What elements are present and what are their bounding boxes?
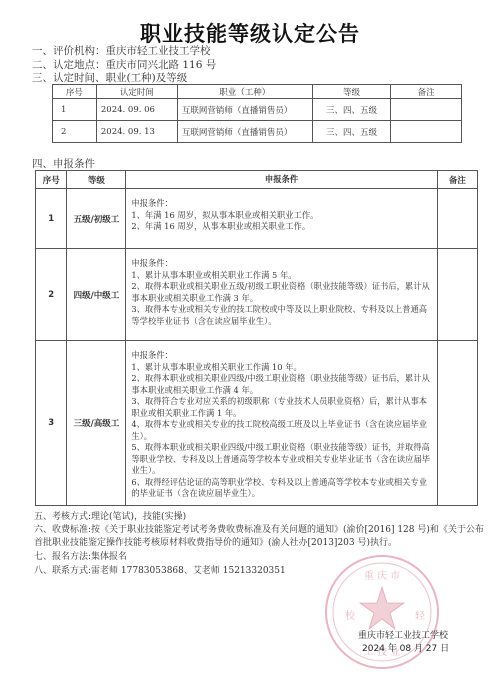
header-level: 等级 (312, 85, 391, 99)
cell-no: 1 (53, 99, 97, 121)
condition-line: 4、取得本专业或相关专业的技工院校高级工班及以上毕业证书（含在读应届毕业生）。 (131, 419, 432, 442)
cell-level: 四级/中级工 (67, 249, 126, 341)
conditions-table: 序号 等级 申报条件 备注 1 五级/初级工 申报条件： 1、年满 16 周岁，… (35, 170, 478, 506)
cell-note (391, 121, 462, 143)
cell-note (437, 189, 477, 249)
condition-line: 申报条件： (131, 258, 432, 270)
svg-text:校: 校 (345, 609, 356, 622)
cell-occupation: 互联网营销师（直播销售员） (177, 99, 312, 121)
cell-date: 2024. 09. 06 (96, 99, 177, 121)
fee-standard-line1: 六、收费标准:按《关于职业技能鉴定考试考务费收费标准及有关问题的通知》(渝价[2… (34, 522, 484, 535)
schedule-heading: 三、认定时间、职业(工种)及等级 (32, 70, 187, 85)
conditions-heading: 四、申报条件 (32, 156, 95, 171)
assessment-method: 五、考核方式:理论(笔试)，技能(实操) (34, 509, 186, 522)
cell-date: 2024. 09. 13 (96, 121, 177, 143)
cell-conditions: 申报条件： 1、累计从事本职业或相关职业工作满 5 年。 2、取得本职业或相关职… (126, 249, 437, 341)
header-date: 认定时间 (96, 85, 177, 99)
header-conditions: 申报条件 (126, 171, 437, 189)
header-occupation: 职业（工种） (177, 85, 312, 99)
condition-line: 2、取得本职业或相关职业四级/中级工职业资格（职业技能等级）证书后，累计从事本职… (131, 373, 432, 396)
header-no: 序号 (53, 85, 97, 99)
fee-standard-line2: 首批职业技能鉴定操作技能考核原材料收费指导价的通知》(渝人社办[2013]203… (34, 535, 397, 548)
registration-method: 七、报名方法:集体报名 (34, 549, 127, 562)
table-row: 2 2024. 09. 13 互联网营销师（直播销售员） 三、四、五级 (53, 121, 462, 143)
cell-note (437, 341, 477, 506)
condition-line: 申报条件： (131, 350, 432, 362)
evaluation-agency: 一、评价机构：重庆市轻工业技工学校 (32, 43, 211, 58)
schedule-table: 序号 认定时间 职业（工种） 等级 备注 1 2024. 09. 06 互联网营… (52, 84, 462, 143)
table-row: 1 2024. 09. 06 互联网营销师（直播销售员） 三、四、五级 (53, 99, 462, 121)
cell-note (391, 99, 462, 121)
header-level: 等级 (67, 171, 126, 189)
header-note: 备注 (437, 171, 477, 189)
cell-no: 1 (36, 189, 67, 249)
cell-level: 三、四、五级 (312, 121, 391, 143)
cell-level: 三、四、五级 (312, 99, 391, 121)
condition-line: 2、年满 16 周岁，从事本职业或相关职业工作。 (131, 221, 432, 233)
announcement-page: 职业技能等级认定公告 一、评价机构：重庆市轻工业技工学校 二、认定地点：重庆市同… (0, 0, 500, 681)
cell-no: 2 (36, 249, 67, 341)
svg-text:重 庆 市: 重 庆 市 (364, 569, 400, 582)
cell-level: 三级/高级工 (67, 341, 126, 506)
condition-line: 3、取得符合专业对应关系的初级职称（专业技术人员职业资格）后，累计从事本职业或相… (131, 396, 432, 419)
condition-line: 申报条件： (131, 198, 432, 210)
cell-no: 2 (53, 121, 97, 143)
cell-level: 五级/初级工 (67, 189, 126, 249)
header-note: 备注 (391, 85, 462, 99)
signature-org: 重庆市轻工业技工学校 (358, 628, 448, 641)
condition-line: 2、取得本职业或相关职业五级/初级工职业资格（职业技能等级）证书后，累计从事本职… (131, 281, 432, 304)
cell-no: 3 (36, 341, 67, 506)
condition-line: 5、取得本职业或相关职业四级/中级工职业资格（职业技能等级）证书，并取得高等职业… (131, 442, 432, 477)
signature-date: 2024 年 08 月 27 日 (362, 641, 449, 654)
table-header-row: 序号 等级 申报条件 备注 (36, 171, 478, 189)
condition-line: 1、累计从事本职业或相关职业工作满 10 年。 (131, 362, 432, 374)
table-row: 1 五级/初级工 申报条件： 1、年满 16 周岁，拟从事本职业或相关职业工作。… (36, 189, 478, 249)
cell-occupation: 互联网营销师（直播销售员） (177, 121, 312, 143)
table-row: 2 四级/中级工 申报条件： 1、累计从事本职业或相关职业工作满 5 年。 2、… (36, 249, 478, 341)
condition-line: 1、累计从事本职业或相关职业工作满 5 年。 (131, 270, 432, 282)
table-row: 3 三级/高级工 申报条件： 1、累计从事本职业或相关职业工作满 10 年。 2… (36, 341, 478, 506)
condition-line: 6、取得经评估论证的高等职业学校、专科及以上普通高等学校本专业或相关专业的毕业证… (131, 477, 432, 500)
header-no: 序号 (36, 171, 67, 189)
condition-line: 3、取得本专业或相关专业的技工院校或中等及以上职业院校、专科及以上普通高等学校毕… (131, 304, 432, 327)
cell-conditions: 申报条件： 1、年满 16 周岁，拟从事本职业或相关职业工作。 2、年满 16 … (126, 189, 437, 249)
contact-info: 八、联系方式:雷老师 17783053868、艾老师 15213320351 (34, 563, 286, 576)
svg-text:轻: 轻 (415, 610, 426, 622)
table-header-row: 序号 认定时间 职业（工种） 等级 备注 (53, 85, 462, 99)
cell-conditions: 申报条件： 1、累计从事本职业或相关职业工作满 10 年。 2、取得本职业或相关… (126, 341, 437, 506)
condition-line: 1、年满 16 周岁，拟从事本职业或相关职业工作。 (131, 210, 432, 222)
cell-note (437, 249, 477, 341)
